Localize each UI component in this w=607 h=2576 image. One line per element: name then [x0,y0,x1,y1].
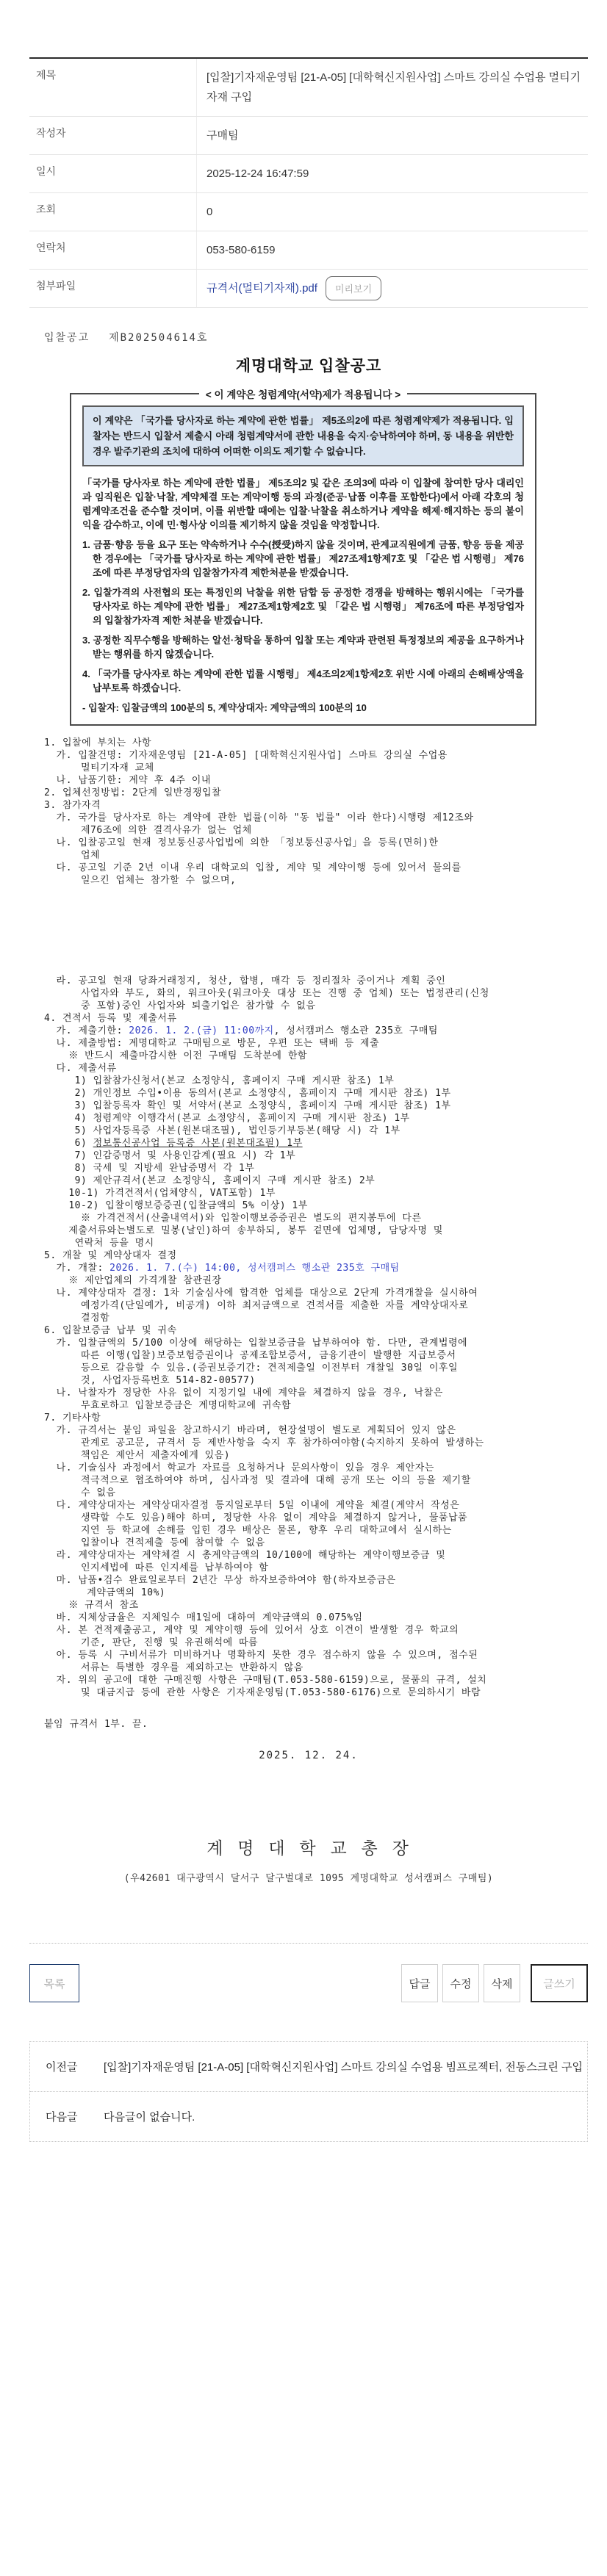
doc-body-line: 라. 계약상대자는 계약체결 시 총계약금액의 10/100에 해당하는 계약이… [44,1549,588,1562]
doc-body-line: 1) 입찰참가신청서(본교 소정양식, 홈페이지 구매 게시판 참조) 1부 [44,1075,588,1087]
body-text: ※ 반드시 제출마감시한 이전 구매팀 도착분에 한함 [44,1050,307,1061]
body-text: 중 포함)중인 사업자와 퇴출기업은 참가할 수 없음 [44,1000,315,1011]
doc-body-line: 서류는 특별한 경우를 제외하고는 반환하지 않음 [44,1662,588,1674]
doc-body-line: ※ 제안업체의 가격개찰 참관권장 [44,1274,588,1287]
doc-body-line: 3) 입찰등록자 확인 및 서약서(본교 소정양식, 홈페이지 구매 게시판 참… [44,1100,588,1112]
doc-body-line: 10-2) 입찰이행보증증권(입찰금액의 5% 이상) 1부 [44,1199,588,1212]
body-text: 라. 공고일 현재 당좌거래정지, 청산, 합병, 매각 등 정리절차 중이거나… [44,975,445,986]
delete-button[interactable]: 삭제 [484,1964,520,2002]
doc-body-line: 나. 납품기한: 계약 후 4주 이내 [44,774,588,787]
doc-body-line: 4) 청렴계약 이행각서(본교 소정양식, 홈페이지 구매 게시판 참조) 1부 [44,1112,588,1125]
next-post-row: 다음글 다음글이 없습니다. [30,2091,587,2141]
body-text: 바. 지체상금율은 지체일수 매1일에 대하여 계약금액의 0.075%임 [44,1612,363,1623]
doc-body-line: 7. 기타사항 [44,1412,588,1424]
body-text: 것, 사업자등록번호 514-82-00577) [44,1375,256,1386]
doc-body-line: 나. 제출방법: 계명대학교 구매팀으로 방문, 우편 또는 택배 등 제출 [44,1037,588,1050]
body-text: 가. 입찰건명: 기자재운영팀 [21-A-05] [대학혁신지원사업] 스마트… [44,750,448,761]
doc-body-line: 업체 [44,849,588,862]
notice-number-line: 입찰공고제B202504614호 [29,330,588,344]
body-text: 1. 입찰에 부치는 사항 [44,737,151,748]
doc-body-line: 나. 기술심사 과정에서 학교가 자료를 요청하거나 문의사항이 있을 경우 제… [44,1462,588,1474]
doc-body-line: 라. 공고일 현재 당좌거래정지, 청산, 합병, 매각 등 정리절차 중이거나… [44,975,588,987]
body-text: , 성서캠퍼스 행소관 235호 구매팀 [274,1025,438,1036]
notice-label: 입찰공고 [44,332,90,344]
doc-body-line: 나. 계약상대자 결정: 1차 기술심사에 합격한 업체를 대상으로 2단계 가… [44,1287,588,1299]
doc-body-line: 적극적으로 협조하여야 하며, 심사과정 및 결과에 대해 공개 또는 이의 등… [44,1474,588,1487]
pledge-item: - 입찰자: 입찰금액의 100분의 5, 계약상대자: 계약금액의 100분의… [82,701,524,715]
body-text: 붙임 규격서 1부. 끝. [44,1719,148,1730]
body-text: 등으로 갈음할 수 있음.(증권보증기간: 견적제출일 이전부터 개찰일 30일… [44,1363,458,1374]
body-text: 자. 위의 공고에 대한 구매진행 사항은 구매팀(T.053-580-6159… [44,1675,486,1686]
doc-body-line: 입찰이나 견적제출 등에 참여할 수 없음 [44,1537,588,1549]
doc-body-line: 무효로하고 입찰보증금은 계명대학교에 귀속함 [44,1399,588,1412]
board-post-page: 제목[입찰]기자재운영팀 [21-A-05] [대학혁신지원사업] 스마트 강의… [29,0,588,2142]
body-text: 나. 납품기한: 계약 후 4주 이내 [44,775,211,786]
doc-body-line: 및 대금지급 등에 관한 사항은 기자재운영팀(T.053-580-6176)으… [44,1686,588,1699]
body-text: 마. 납품•검수 완료일로부터 2년간 무상 하자보증하여야 함(하자보증금은 [44,1575,396,1586]
doc-body-line: 기준, 판단, 진행 및 유권해석에 따름 [44,1637,588,1649]
doc-body-line: 가. 입찰금액의 5/100 이상에 해당하는 입찰보증금을 납부하여야 함. … [44,1337,588,1349]
document-title: 계명대학교 입찰공고 [29,354,588,376]
body-text: 6. 입찰보증금 납부 및 귀속 [44,1325,177,1336]
pledge-item: 4. 「국가를 당사자로 하는 계약에 관한 법률 시행령」 제4조의2제1항제… [82,667,524,695]
body-text: 제출서류와는별도로 밀봉(날인)하여 송부하되, 봉투 겉면에 업체명, 담당자… [44,1225,443,1236]
body-text: 7. 기타사항 [44,1413,101,1424]
doc-body-line: 5) 사업자등록증 사본(원본대조필), 법인등기부등본(해당 시) 각 1부 [44,1125,588,1137]
body-text: 무효로하고 입찰보증금은 계명대학교에 귀속함 [44,1400,291,1411]
body-text: 4) 청렴계약 이행각서(본교 소정양식, 홈페이지 구매 게시판 참조) 1부 [44,1113,410,1124]
doc-body-line: 9) 제안규격서(본교 소정양식, 홈페이지 구매 게시판 참조) 2부 [44,1175,588,1187]
field-label: 조회 [29,193,196,231]
body-text: 가. 제출기한: [44,1025,129,1036]
doc-body: 1. 입찰에 부치는 사항 가. 입찰건명: 기자재운영팀 [21-A-05] … [29,737,588,1731]
body-text: 및 대금지급 등에 관한 사항은 기자재운영팀(T.053-580-6176)으… [44,1687,481,1698]
body-text: 2) 개인정보 수입•이용 동의서(본교 소정양식, 홈페이지 구매 게시판 참… [44,1088,451,1099]
doc-body-line: 일으킨 업체는 참가할 수 없으며, [44,874,588,887]
doc-body-line: ※ 가격견적서(산출내역서)와 입찰이행보증증권은 별도의 편지봉투에 다른 [44,1212,588,1224]
doc-body-line: 결정함 [44,1312,588,1324]
body-text: 입찰이나 견적제출 등에 참여할 수 없음 [44,1537,265,1548]
list-button[interactable]: 목록 [29,1964,79,2002]
doc-body-line: 중 포함)중인 사업자와 퇴출기업은 참가할 수 없음 [44,1000,588,1012]
doc-body-line: 5. 개찰 및 계약상대자 결정 [44,1249,588,1262]
pledge-items: 1. 금품·향응 등을 요구 또는 약속하거나 수수(授受)하지 않을 것이며,… [82,538,524,715]
doc-body-line: 2. 업체선정방법: 2단계 일반경쟁입찰 [44,787,588,799]
field-label: 연락처 [29,231,196,269]
doc-body-line: 바. 지체상금율은 지체일수 매1일에 대하여 계약금액의 0.075%임 [44,1612,588,1624]
field-label: 작성자 [29,117,196,154]
field-value: 2025-12-24 16:47:59 [196,155,588,192]
pledge-item: 3. 공정한 직무수행을 방해하는 알선·청탁을 통하여 입찰 또는 계약과 관… [82,633,524,661]
reply-button[interactable]: 답글 [401,1964,438,2002]
pledge-legend: < 이 계약은 청렴계약(서약)제가 적용됩니다 > [199,386,407,401]
body-text: 서류는 특별한 경우를 제외하고는 반환하지 않음 [44,1662,303,1673]
doc-body-line: 가. 개찰: 2026. 1. 7.(수) 14:00, 성서캠퍼스 행소관 2… [44,1262,588,1274]
doc-body-line: 인지세법에 따른 인지세를 납부하여야 함 [44,1562,588,1574]
doc-body-line: 가. 규격서는 붙임 파일을 참고하시기 바라며, 현장설명이 별도로 계획되어… [44,1424,588,1437]
doc-body-line: 사업자와 부도, 화의, 워크아웃(워크아웃 대상 또는 진행 중 업체) 또는… [44,987,588,1000]
body-text: 제76조에 의한 결격사유가 없는 업체 [44,825,252,836]
doc-body-line: 가. 제출기한: 2026. 1. 2.(금) 11:00까지, 성서캠퍼스 행… [44,1025,588,1037]
underlined-text: 정보통신공사업 등록증 사본(원본대조필) 1부 [93,1138,303,1149]
pledge-highlight-box: 이 계약은 「국가를 당사자로 하는 계약에 관한 법률」 제5조의2에 따른 … [82,405,524,466]
body-text: 1) 입찰참가신청서(본교 소정양식, 홈페이지 구매 게시판 참조) 1부 [44,1075,394,1086]
body-text: 관계로 공고문, 규격서 등 제반사항을 숙지 후 참가하여야함(숙지하지 못하… [44,1437,484,1448]
pledge-item: 2. 입찰가격의 사전협의 또는 특정인의 낙찰을 위한 담합 등 공정한 경쟁… [82,585,524,627]
body-text: 사업자와 부도, 화의, 워크아웃(워크아웃 대상 또는 진행 중 업체) 또는… [44,988,489,999]
doc-body-line: 지연 등 학교에 손해를 입힌 경우 배상은 물론, 향후 우리 대학교에서 실… [44,1524,588,1537]
doc-body-line: 마. 납품•검수 완료일로부터 2년간 무상 하자보증하여야 함(하자보증금은 [44,1574,588,1587]
doc-body-line: ※ 규격서 참조 [44,1599,588,1612]
field-label: 제목 [29,59,196,116]
doc-body-line: 4. 견적서 등록 및 제출서류 [44,1012,588,1025]
post-info-row: 연락처053-580-6159 [29,231,588,270]
post-info-row: 제목[입찰]기자재운영팀 [21-A-05] [대학혁신지원사업] 스마트 강의… [29,59,588,117]
body-text: 4. 견적서 등록 및 제출서류 [44,1013,177,1024]
body-text: 가. 국가를 당사자로 하는 계약에 관한 법률(이하 "동 법률" 이라 한다… [44,812,473,823]
university-address: (우42601 대구광역시 달서구 달구벌대로 1095 계명대학교 성서캠퍼스… [29,1870,588,1884]
doc-body-line: 아. 등록 시 구비서류가 미비하거나 명확하지 못한 경우 접수하지 않을 수… [44,1649,588,1662]
doc-body-line: 수 없음 [44,1487,588,1499]
field-value: 0 [196,193,588,231]
doc-body-line: 것, 사업자등록번호 514-82-00577) [44,1374,588,1387]
doc-body-line: 멀티기자재 교체 [44,762,588,774]
doc-body-line: 관계로 공고문, 규격서 등 제반사항을 숙지 후 참가하여야함(숙지하지 못하… [44,1437,588,1449]
highlight-date: 2026. 1. 2.(금) 11:00까지 [129,1025,273,1036]
body-text: ※ 제안업체의 가격개찰 참관권장 [44,1275,222,1286]
pledge-intro: 「국가를 당사자로 하는 계약에 관한 법률」 제5조의2 및 같은 조의3에 … [82,476,524,532]
body-text: 다. 공고일 기준 2년 이내 우리 대학교의 입찰, 계약 및 계약이행 등에… [44,862,461,873]
field-value: 구매팀 [196,117,588,154]
body-text: 아. 등록 시 구비서류가 미비하거나 명확하지 못한 경우 접수하지 않을 수… [44,1650,478,1661]
body-text: 10-1) 가격견적서(업체양식, VAT포함) 1부 [44,1188,276,1199]
doc-body-line: 6) 정보통신공사업 등록증 사본(원본대조필) 1부 [44,1137,588,1150]
prev-post-link[interactable]: [입찰]기자재운영팀 [21-A-05] [대학혁신지원사업] 스마트 강의실 … [104,2059,587,2074]
post-info-row: 조회0 [29,193,588,231]
body-text: 나. 입찰공고일 현재 정보통신공사업법에 의한 「정보통신공사업」을 등록(면… [44,837,438,848]
doc-body-line: 다. 제출서류 [44,1062,588,1075]
action-buttons-right: 답글 수정 삭제 글쓰기 [401,1964,588,2002]
signer-title: 계 명 대 학 교 총 장 [29,1835,588,1859]
doc-body-line: 3. 참가자격 [44,799,588,812]
doc-body-line: 책임은 제안서 제출자에게 있음) [44,1449,588,1462]
post-info-row: 작성자구매팀 [29,117,588,155]
write-button[interactable]: 글쓰기 [531,1964,588,2002]
doc-body-line: 1. 입찰에 부치는 사항 [44,737,588,749]
body-text: 연락처 등을 명시 [44,1238,154,1249]
doc-body-line: 연락처 등을 명시 [44,1237,588,1249]
doc-body-line: 계약금액의 10%) [44,1587,588,1599]
body-text: 계약금액의 10%) [44,1587,165,1598]
body-text: 나. 기술심사 과정에서 학교가 자료를 요청하거나 문의사항이 있을 경우 제… [44,1462,434,1473]
body-text: 3. 참가자격 [44,800,101,811]
attachment-label: 첨부파일 [29,270,196,307]
preview-button[interactable]: 미리보기 [326,276,381,300]
body-text: 나. 제출방법: 계명대학교 구매팀으로 방문, 우편 또는 택배 등 제출 [44,1038,379,1049]
body-text: 나. 낙찰자가 정당한 사유 없이 지정기일 내에 계약을 체결하지 않을 경우… [44,1388,443,1399]
next-post-label: 다음글 [30,2109,104,2124]
doc-body-line: 제출서류와는별도로 밀봉(날인)하여 송부하되, 봉투 겉면에 업체명, 담당자… [44,1224,588,1237]
doc-body-line: 8) 국세 및 지방세 완납증명서 각 1부 [44,1162,588,1175]
integrity-pledge-box: < 이 계약은 청렴계약(서약)제가 적용됩니다 > 이 계약은 「국가를 당사… [70,386,536,726]
post-info-table: 제목[입찰]기자재운영팀 [21-A-05] [대학혁신지원사업] 스마트 강의… [29,57,588,308]
doc-body-line: 자. 위의 공고에 대한 구매진행 사항은 구매팀(T.053-580-6159… [44,1674,588,1686]
action-buttons-bar: 목록 답글 수정 삭제 글쓰기 [29,1964,588,2002]
body-text: 예정가격(단일예가, 비공개) 이하 최저금액으로 견적서를 제출한 자를 계약… [44,1300,468,1311]
post-info-row: 일시2025-12-24 16:47:59 [29,155,588,193]
doc-body-line: 가. 입찰건명: 기자재운영팀 [21-A-05] [대학혁신지원사업] 스마트… [44,749,588,762]
body-text: 7) 인감증명서 및 사용인감계(필요 시) 각 1부 [44,1150,295,1161]
notice-number: 제B202504614호 [109,332,208,344]
edit-button[interactable]: 수정 [442,1964,479,2002]
body-text: 2. 업체선정방법: 2단계 일반경쟁입찰 [44,787,221,798]
doc-body-line: 다. 계약상대자는 계약상대자결정 통지일로부터 5일 이내에 계약을 체결(계… [44,1499,588,1512]
body-text: 지연 등 학교에 손해를 입힌 경우 배상은 물론, 향후 우리 대학교에서 실… [44,1525,452,1536]
body-text: ※ 가격견적서(산출내역서)와 입찰이행보증증권은 별도의 편지봉투에 다른 [44,1213,422,1224]
body-text: 가. 규격서는 붙임 파일을 참고하시기 바라며, 현장설명이 별도로 계획되어… [44,1425,456,1436]
doc-body-line: 2) 개인정보 수입•이용 동의서(본교 소정양식, 홈페이지 구매 게시판 참… [44,1087,588,1100]
doc-body-line: 나. 낙찰자가 정당한 사유 없이 지정기일 내에 계약을 체결하지 않을 경우… [44,1387,588,1399]
body-text: ※ 규격서 참조 [44,1600,139,1611]
field-label: 일시 [29,155,196,192]
attachment-file-link[interactable]: 규격서(멀티기자재).pdf [206,278,317,298]
doc-body-line: 제76조에 의한 결격사유가 없는 업체 [44,824,588,837]
body-text: 5) 사업자등록증 사본(원본대조필), 법인등기부등본(해당 시) 각 1부 [44,1125,401,1136]
body-text: 3) 입찰등록자 확인 및 서약서(본교 소정양식, 홈페이지 구매 게시판 참… [44,1100,451,1111]
body-text: 멀티기자재 교체 [44,762,154,773]
body-text: 가. 개찰: [44,1263,109,1274]
body-text: 적극적으로 협조하여야 하며, 심사과정 및 결과에 대해 공개 또는 이의 등… [44,1475,471,1486]
attachment-value: 규격서(멀티기자재).pdf 미리보기 [196,270,588,307]
body-text: 6) [44,1138,93,1149]
body-text: 사. 본 견적제출공고, 계약 및 계약이행 등에 있어서 상호 이견이 발생할… [44,1625,459,1636]
post-navigation: 이전글 [입찰]기자재운영팀 [21-A-05] [대학혁신지원사업] 스마트 … [29,2041,588,2142]
body-text: 생략할 수도 있음)해야 하며, 정당한 사유 없이 계약을 체결하지 않거나,… [44,1512,467,1523]
body-text: 책임은 제안서 제출자에게 있음) [44,1450,230,1461]
doc-body-line: 등으로 갈음할 수 있음.(증권보증기간: 견적제출일 이전부터 개찰일 30일… [44,1362,588,1374]
prev-post-row: 이전글 [입찰]기자재운영팀 [21-A-05] [대학혁신지원사업] 스마트 … [30,2042,587,2091]
doc-body-line: 다. 공고일 기준 2년 이내 우리 대학교의 입찰, 계약 및 계약이행 등에… [44,862,588,874]
doc-body-line: ※ 반드시 제출마감시한 이전 구매팀 도착분에 한함 [44,1050,588,1062]
body-text: 업체 [44,850,100,861]
body-text: 다. 제출서류 [44,1063,117,1074]
next-post-text: 다음글이 없습니다. [104,2109,587,2124]
post-info-rows: 제목[입찰]기자재운영팀 [21-A-05] [대학혁신지원사업] 스마트 강의… [29,59,588,270]
body-text: 일으킨 업체는 참가할 수 없으며, [44,875,236,886]
body-text: 가. 입찰금액의 5/100 이상에 해당하는 입찰보증금을 납부하여야 함. … [44,1338,467,1349]
doc-body-line: 예정가격(단일예가, 비공개) 이하 최저금액으로 견적서를 제출한 자를 계약… [44,1299,588,1312]
body-text: 9) 제안규격서(본교 소정양식, 홈페이지 구매 게시판 참조) 2부 [44,1175,375,1186]
doc-body-line: 10-1) 가격견적서(업체양식, VAT포함) 1부 [44,1187,588,1199]
page-break-gap [44,1699,588,1718]
body-text: 나. 계약상대자 결정: 1차 기술심사에 합격한 업체를 대상으로 2단계 가… [44,1288,478,1299]
doc-body-line: 붙임 규격서 1부. 끝. [44,1718,588,1731]
divider [29,1943,588,1944]
field-value: 053-580-6159 [196,231,588,269]
bid-notice-document: 입찰공고제B202504614호 계명대학교 입찰공고 < 이 계약은 청렴계약… [29,308,588,1884]
body-text: 5. 개찰 및 계약상대자 결정 [44,1250,177,1261]
doc-body-line: 나. 입찰공고일 현재 정보통신공사업법에 의한 「정보통신공사업」을 등록(면… [44,837,588,849]
body-text: 수 없음 [44,1487,115,1498]
body-text: 다. 계약상대자는 계약상대자결정 통지일로부터 5일 이내에 계약을 체결(계… [44,1500,459,1511]
body-text: 기준, 판단, 진행 및 유권해석에 따름 [44,1637,258,1648]
doc-body-line: 생략할 수도 있음)해야 하며, 정당한 사유 없이 계약을 체결하지 않거나,… [44,1512,588,1524]
body-text: 8) 국세 및 지방세 완납증명서 각 1부 [44,1163,254,1174]
body-text: 인지세법에 따른 인지세를 납부하여야 함 [44,1562,268,1573]
announcement-date: 2025. 12. 24. [29,1750,588,1761]
highlight-date: 2026. 1. 7.(수) 14:00, 성서캠퍼스 행소관 235호 구매팀 [109,1263,400,1274]
doc-body-line: 7) 인감증명서 및 사용인감계(필요 시) 각 1부 [44,1150,588,1162]
body-text: 결정함 [44,1313,109,1324]
doc-body-line: 6. 입찰보증금 납부 및 귀속 [44,1324,588,1337]
doc-body-line: 가. 국가를 당사자로 하는 계약에 관한 법률(이하 "동 법률" 이라 한다… [44,812,588,824]
pledge-item: 1. 금품·향응 등을 요구 또는 약속하거나 수수(授受)하지 않을 것이며,… [82,538,524,580]
body-text: 10-2) 입찰이행보증증권(입찰금액의 5% 이상) 1부 [44,1200,308,1211]
doc-body-line: 따른 이행(입찰)보증보험증권이나 공제조합보증서, 금융기관이 발행한 지급보… [44,1349,588,1362]
doc-body-line: 사. 본 견적제출공고, 계약 및 계약이행 등에 있어서 상호 이견이 발생할… [44,1624,588,1637]
page-break-gap [44,887,588,975]
body-text: 라. 계약상대자는 계약체결 시 총계약금액의 10/100에 해당하는 계약이… [44,1550,445,1561]
body-text: 따른 이행(입찰)보증보험증권이나 공제조합보증서, 금융기관이 발행한 지급보… [44,1350,456,1361]
field-value: [입찰]기자재운영팀 [21-A-05] [대학혁신지원사업] 스마트 강의실 … [196,59,588,116]
prev-post-label: 이전글 [30,2059,104,2074]
attachment-row: 첨부파일 규격서(멀티기자재).pdf 미리보기 [29,270,588,308]
